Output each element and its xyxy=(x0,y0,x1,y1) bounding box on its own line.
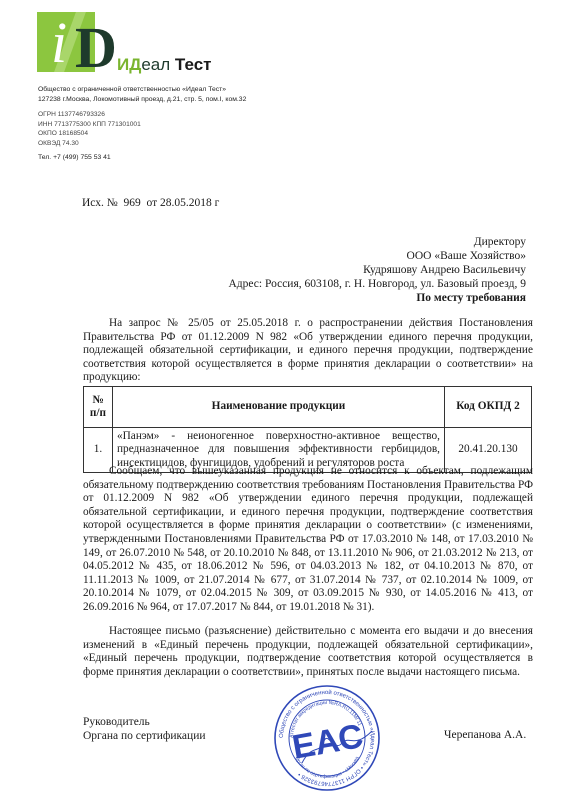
outgoing-reference: Исх. № 969 от 28.05.2018 г xyxy=(82,197,219,209)
table-header-row: № п/п Наименование продукции Код ОКПД 2 xyxy=(84,387,532,428)
company-logo: i D ИДеал Тест xyxy=(37,12,227,74)
addressee-note: По месту требования xyxy=(228,291,526,305)
header-number: № п/п xyxy=(84,387,113,428)
header-okpd-code: Код ОКПД 2 xyxy=(445,387,532,428)
okved: ОКВЭД 74.30 xyxy=(38,139,141,149)
addressee-company: ООО «Ваше Хозяйство» xyxy=(228,249,526,263)
company-address: 127238 г.Москва, Локомотивный проезд, д.… xyxy=(38,95,246,105)
addressee-person: Кудряшову Андрею Васильевичу xyxy=(228,263,526,277)
company-info: Общество с ограниченной ответственностью… xyxy=(38,85,246,105)
ogrn: ОГРН 1137746793326 xyxy=(38,110,141,120)
company-name: Общество с ограниченной ответственностью… xyxy=(38,85,246,95)
request-paragraph: На запрос № 25/05 от 25.05.2018 г. о рас… xyxy=(83,317,533,385)
addressee-position: Директору xyxy=(228,235,526,249)
company-phone: Тел. +7 (499) 755 53 41 xyxy=(38,153,111,163)
signatory-name: Черепанова А.А. xyxy=(444,729,526,741)
conclusion-paragraph: Сообщаем, что вышеуказанная продукция не… xyxy=(83,465,533,615)
validity-paragraph: Настоящее письмо (разъяснение) действите… xyxy=(83,625,533,679)
header-product-name: Наименование продукции xyxy=(113,387,445,428)
addressee-address: Адрес: Россия, 603108, г. Н. Новгород, у… xyxy=(228,277,526,291)
products-table: № п/п Наименование продукции Код ОКПД 2 … xyxy=(83,386,532,473)
logo-mark-i: i xyxy=(51,14,67,72)
signatory-position: Руководитель Органа по сертификации xyxy=(83,715,206,743)
outgoing-date: от 28.05.2018 г xyxy=(146,197,219,209)
logo-mark-d: D xyxy=(75,22,117,74)
okpo: ОКПО 18168504 xyxy=(38,129,141,139)
outgoing-number: 969 xyxy=(123,197,140,209)
certification-stamp-icon: Общество с ограниченной ответственностью… xyxy=(272,683,382,793)
addressee-block: Директору ООО «Ваше Хозяйство» Кудряшову… xyxy=(228,235,526,305)
inn-kpp: ИНН 7713775300 КПП 771301001 xyxy=(38,120,141,130)
company-registrations: ОГРН 1137746793326 ИНН 7713775300 КПП 77… xyxy=(38,110,141,148)
logo-wordmark: ИДеал Тест xyxy=(117,56,211,74)
